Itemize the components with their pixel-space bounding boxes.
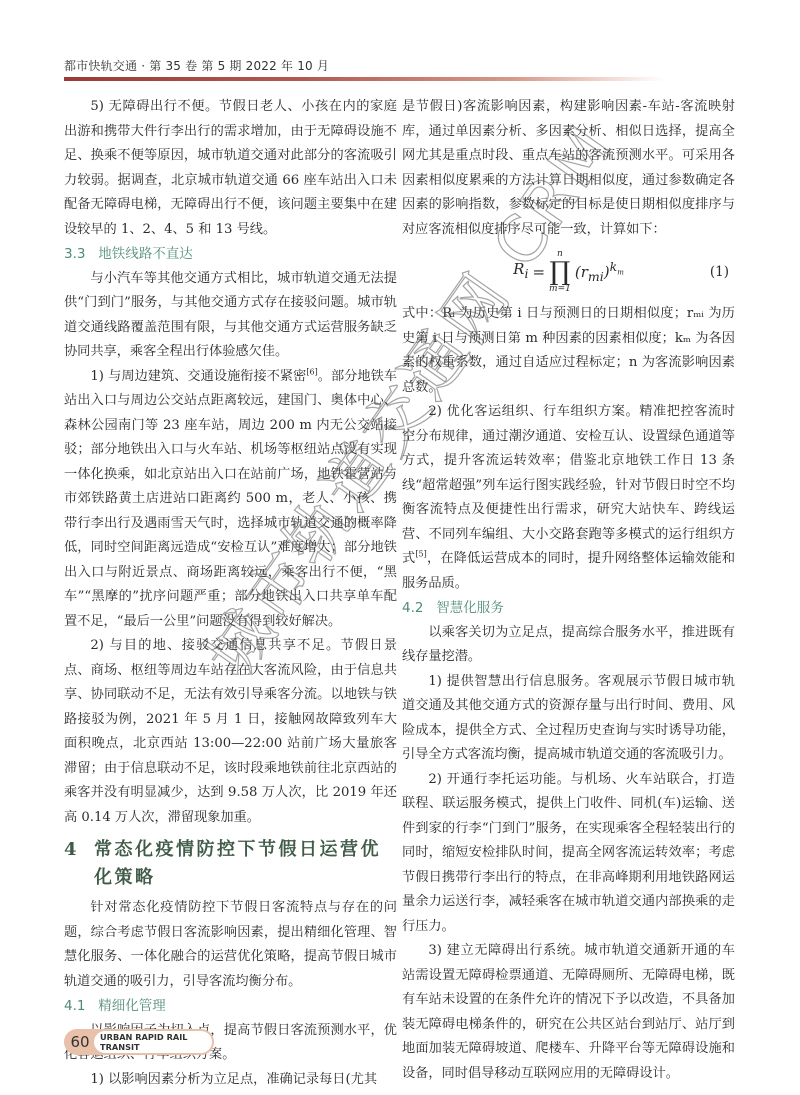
equation-1: Ri = n ∏ m=1 (rmi)km (1) xyxy=(402,242,735,302)
eq-lhs: Ri xyxy=(513,257,528,287)
paragraph-item-2: 2) 与目的地、接驳交通信息共享不足。节假日景点、商场、枢纽等周边车站存在大客流… xyxy=(64,634,397,830)
section-title: 智慧化服务 xyxy=(436,600,504,616)
section-number: 3.3 xyxy=(64,242,94,267)
paragraph-luggage: 2) 开通行李托运功能。与机场、火车站联合，打造联程、联运服务模式，提供上门收件… xyxy=(402,768,735,940)
eq-equals: = xyxy=(532,260,545,285)
equation-body: Ri = n ∏ m=1 (rmi)km xyxy=(513,250,624,294)
journal-name: URBAN RAPID RAIL TRANSIT xyxy=(94,1031,212,1053)
left-column: 5) 无障碍出行不便。节假日老人、小孩在内的家庭出游和携带大件行李出行的需求增加… xyxy=(64,95,397,1092)
paragraph-intro-4-2: 以乘客关切为立足点，提高综合服务水平，推进既有线存量挖潜。 xyxy=(402,621,735,670)
chapter-title: 常态化疫情防控下节假日运营优化策略 xyxy=(94,836,397,892)
text-run: 1) 与周边建筑、交通设施衔接不紧密 xyxy=(90,369,306,384)
section-title: 精细化管理 xyxy=(98,998,166,1014)
paragraph-smart-info: 1) 提供智慧出行信息服务。客观展示节假日城市轨道交通及其他交通方式的资源存量与… xyxy=(402,670,735,768)
section-heading-4-1: 4.1 精细化管理 xyxy=(64,994,397,1019)
paragraph-intro-4: 针对常态化疫情防控下节假日客流特点与存在的问题，综合考虑节假日客流影响因素，提出… xyxy=(64,896,397,994)
text-run: ，在降低运营成本的同时，提升网络整体运输效能和服务品质。 xyxy=(402,551,735,591)
section-heading-3-3: 3.3 地铁线路不直达 xyxy=(64,242,397,267)
running-header: 都市快轨交通 · 第 35 卷 第 5 期 2022 年 10 月 xyxy=(64,57,329,74)
header-rule xyxy=(64,77,664,81)
product-operator: n ∏ m=1 xyxy=(549,250,571,294)
chapter-number: 4 xyxy=(64,836,94,892)
paragraph-item-1: 1) 与周边建筑、交通设施衔接不紧密[6]。部分地铁车站出入口与周边公交站点距离… xyxy=(64,365,397,635)
section-number: 4.1 xyxy=(64,994,94,1019)
section-title: 地铁线路不直达 xyxy=(98,246,193,262)
chapter-heading-4: 4 常态化疫情防控下节假日运营优化策略 xyxy=(64,836,397,892)
paragraph-intro-3-3: 与小汽车等其他交通方式相比，城市轨道交通无法提供“门到门”服务，与其他交通方式存… xyxy=(64,267,397,365)
text-run: 2) 优化客运组织、行车组织方案。精准把控客流时空分布规律，通过潮汐通道、安检互… xyxy=(402,404,735,566)
citation-ref: [6] xyxy=(306,367,317,376)
paragraph-formula-legend: 式中：Rᵢ 为历史第 i 日与预测日的日期相似度；rₘᵢ 为历史第 i 日与预测… xyxy=(402,302,735,400)
paragraph-item-1-start: 1) 以影响因素分析为立足点，准确记录每日(尤其 xyxy=(64,1068,397,1093)
section-number: 4.2 xyxy=(402,596,432,621)
paragraph-item-2-optimize: 2) 优化客运组织、行车组织方案。精准把控客流时空分布规律，通过潮汐通道、安检互… xyxy=(402,400,735,596)
text-run: 。部分地铁车站出入口与周边公交站点距离较远，建国门、奥体中心、森林公园南门等 2… xyxy=(64,369,397,629)
citation-ref: [5] xyxy=(415,550,426,559)
page-number: 60 xyxy=(64,1033,94,1051)
right-column: 是节假日)客流影响因素，构建影响因素-车站-客流映射库，通过单因素分析、多因素分… xyxy=(402,95,735,1086)
eq-term: (rmi)km xyxy=(575,255,624,290)
paragraph-barrier-free: 3) 建立无障碍出行系统。城市轨道交通新开通的车站需设置无障碍检票通道、无障碍厕… xyxy=(402,939,735,1086)
section-heading-4-2: 4.2 智慧化服务 xyxy=(402,596,735,621)
paragraph-continued: 是节假日)客流影响因素，构建影响因素-车站-客流映射库，通过单因素分析、多因素分… xyxy=(402,95,735,242)
footer-pill: 60 URBAN RAPID RAIL TRANSIT xyxy=(64,1029,214,1055)
equation-number: (1) xyxy=(710,260,729,285)
paragraph-accessibility-issue: 5) 无障碍出行不便。节假日老人、小孩在内的家庭出游和携带大件行李出行的需求增加… xyxy=(64,95,397,242)
